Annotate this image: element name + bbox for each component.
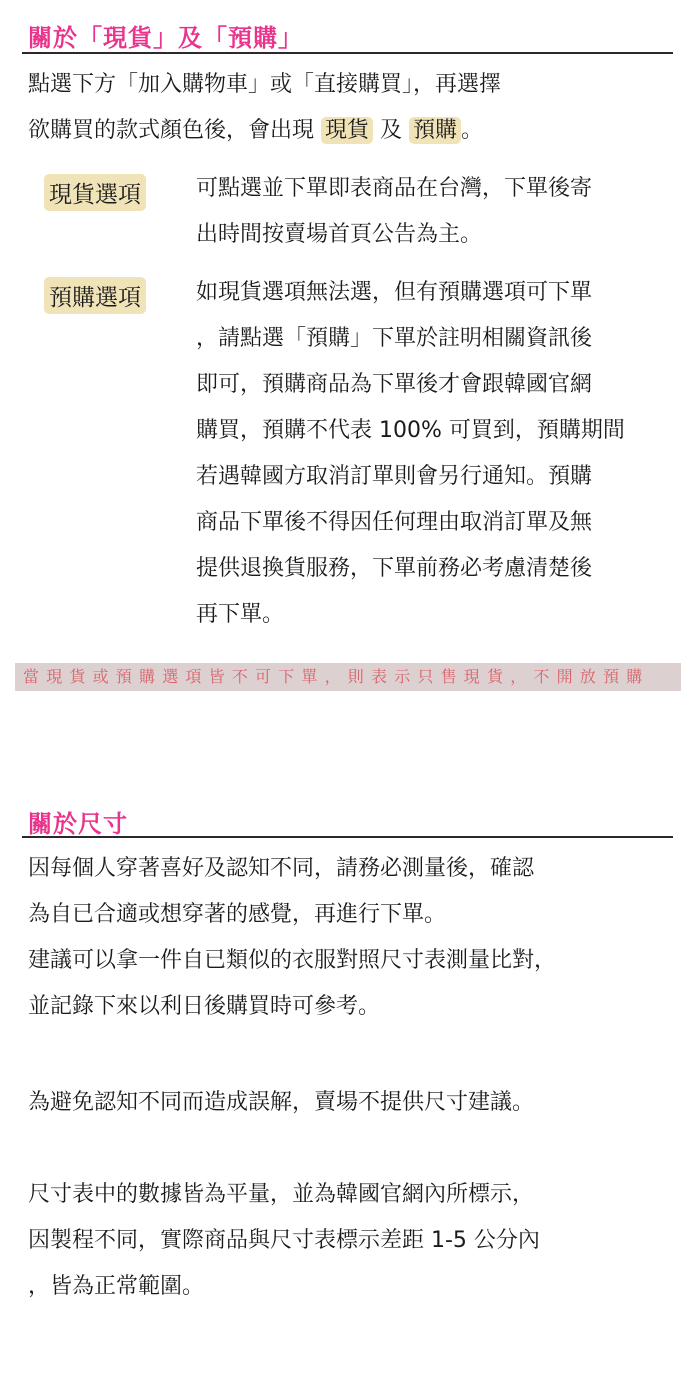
section-divider	[22, 836, 673, 838]
section-divider	[22, 52, 673, 54]
option-desc-line: ，請點選「預購」下單於註明相關資訊後	[196, 316, 686, 362]
size-line: 因製程不同，實際商品與尺寸表標示差距 1-5 公分內	[28, 1218, 540, 1264]
badge-stock: 現貨	[321, 117, 373, 144]
option-desc-stock: 可點選並下單即表商品在台灣，下單後寄 出時間按賣場首頁公告為主。	[196, 166, 686, 258]
size-line: ，皆為正常範圍。	[28, 1264, 540, 1310]
option-desc-line: 提供退換貨服務，下單前務必考慮清楚後	[196, 546, 686, 592]
option-desc-line: 若遇韓國方取消訂單則會另行通知。預購	[196, 454, 686, 500]
intro-line-2-mid: 及	[373, 118, 409, 143]
badge-preorder: 預購	[409, 117, 461, 144]
size-paragraph-3: 尺寸表中的數據皆為平量，並為韓國官網內所標示， 因製程不同，實際商品與尺寸表標示…	[28, 1172, 540, 1310]
option-desc-preorder: 如現貨選項無法選，但有預購選項可下單 ，請點選「預購」下單於註明相關資訊後 即可…	[196, 270, 686, 638]
size-line: 建議可以拿一件自已類似的衣服對照尺寸表測量比對，	[28, 938, 556, 984]
intro-line-2: 欲購買的款式顏色後，會出現 現貨 及 預購。	[28, 108, 501, 154]
size-paragraph-1: 因每個人穿著喜好及認知不同，請務必測量後，確認 為自已合適或想穿著的感覺，再進行…	[28, 846, 556, 1030]
option-desc-line: 再下單。	[196, 592, 686, 638]
option-desc-line: 商品下單後不得因任何理由取消訂單及無	[196, 500, 686, 546]
size-line: 尺寸表中的數據皆為平量，並為韓國官網內所標示，	[28, 1172, 540, 1218]
option-label-stock: 現貨選項	[44, 174, 146, 211]
option-desc-line: 如現貨選項無法選，但有預購選項可下單	[196, 270, 686, 316]
intro-line-1: 點選下方「加入購物車」或「直接購買」，再選擇	[28, 62, 501, 108]
option-desc-line: 出時間按賣場首頁公告為主。	[196, 212, 686, 258]
size-line: 為自已合適或想穿著的感覺，再進行下單。	[28, 892, 556, 938]
size-line: 因每個人穿著喜好及認知不同，請務必測量後，確認	[28, 846, 556, 892]
option-desc-line: 購買，預購不代表 100% 可買到，預購期間	[196, 408, 686, 454]
section-title-size: 關於尺寸	[28, 804, 128, 839]
size-line: 為避免認知不同而造成誤解，賣場不提供尺寸建議。	[28, 1080, 534, 1126]
option-desc-line: 可點選並下單即表商品在台灣，下單後寄	[196, 166, 686, 212]
notice-banner: 當現貨或預購選項皆不可下單，則表示只售現貨，不開放預購	[15, 663, 681, 691]
intro-line-2-prefix: 欲購買的款式顏色後，會出現	[28, 118, 321, 143]
section-title-stock-preorder: 關於「現貨」及「預購」	[28, 18, 303, 53]
intro-line-2-suffix: 。	[461, 118, 483, 143]
size-paragraph-2: 為避免認知不同而造成誤解，賣場不提供尺寸建議。	[28, 1080, 534, 1126]
option-desc-line: 即可，預購商品為下單後才會跟韓國官網	[196, 362, 686, 408]
option-label-preorder: 預購選項	[44, 277, 146, 314]
intro-text: 點選下方「加入購物車」或「直接購買」，再選擇 欲購買的款式顏色後，會出現 現貨 …	[28, 62, 501, 154]
size-line: 並記錄下來以利日後購買時可參考。	[28, 984, 556, 1030]
